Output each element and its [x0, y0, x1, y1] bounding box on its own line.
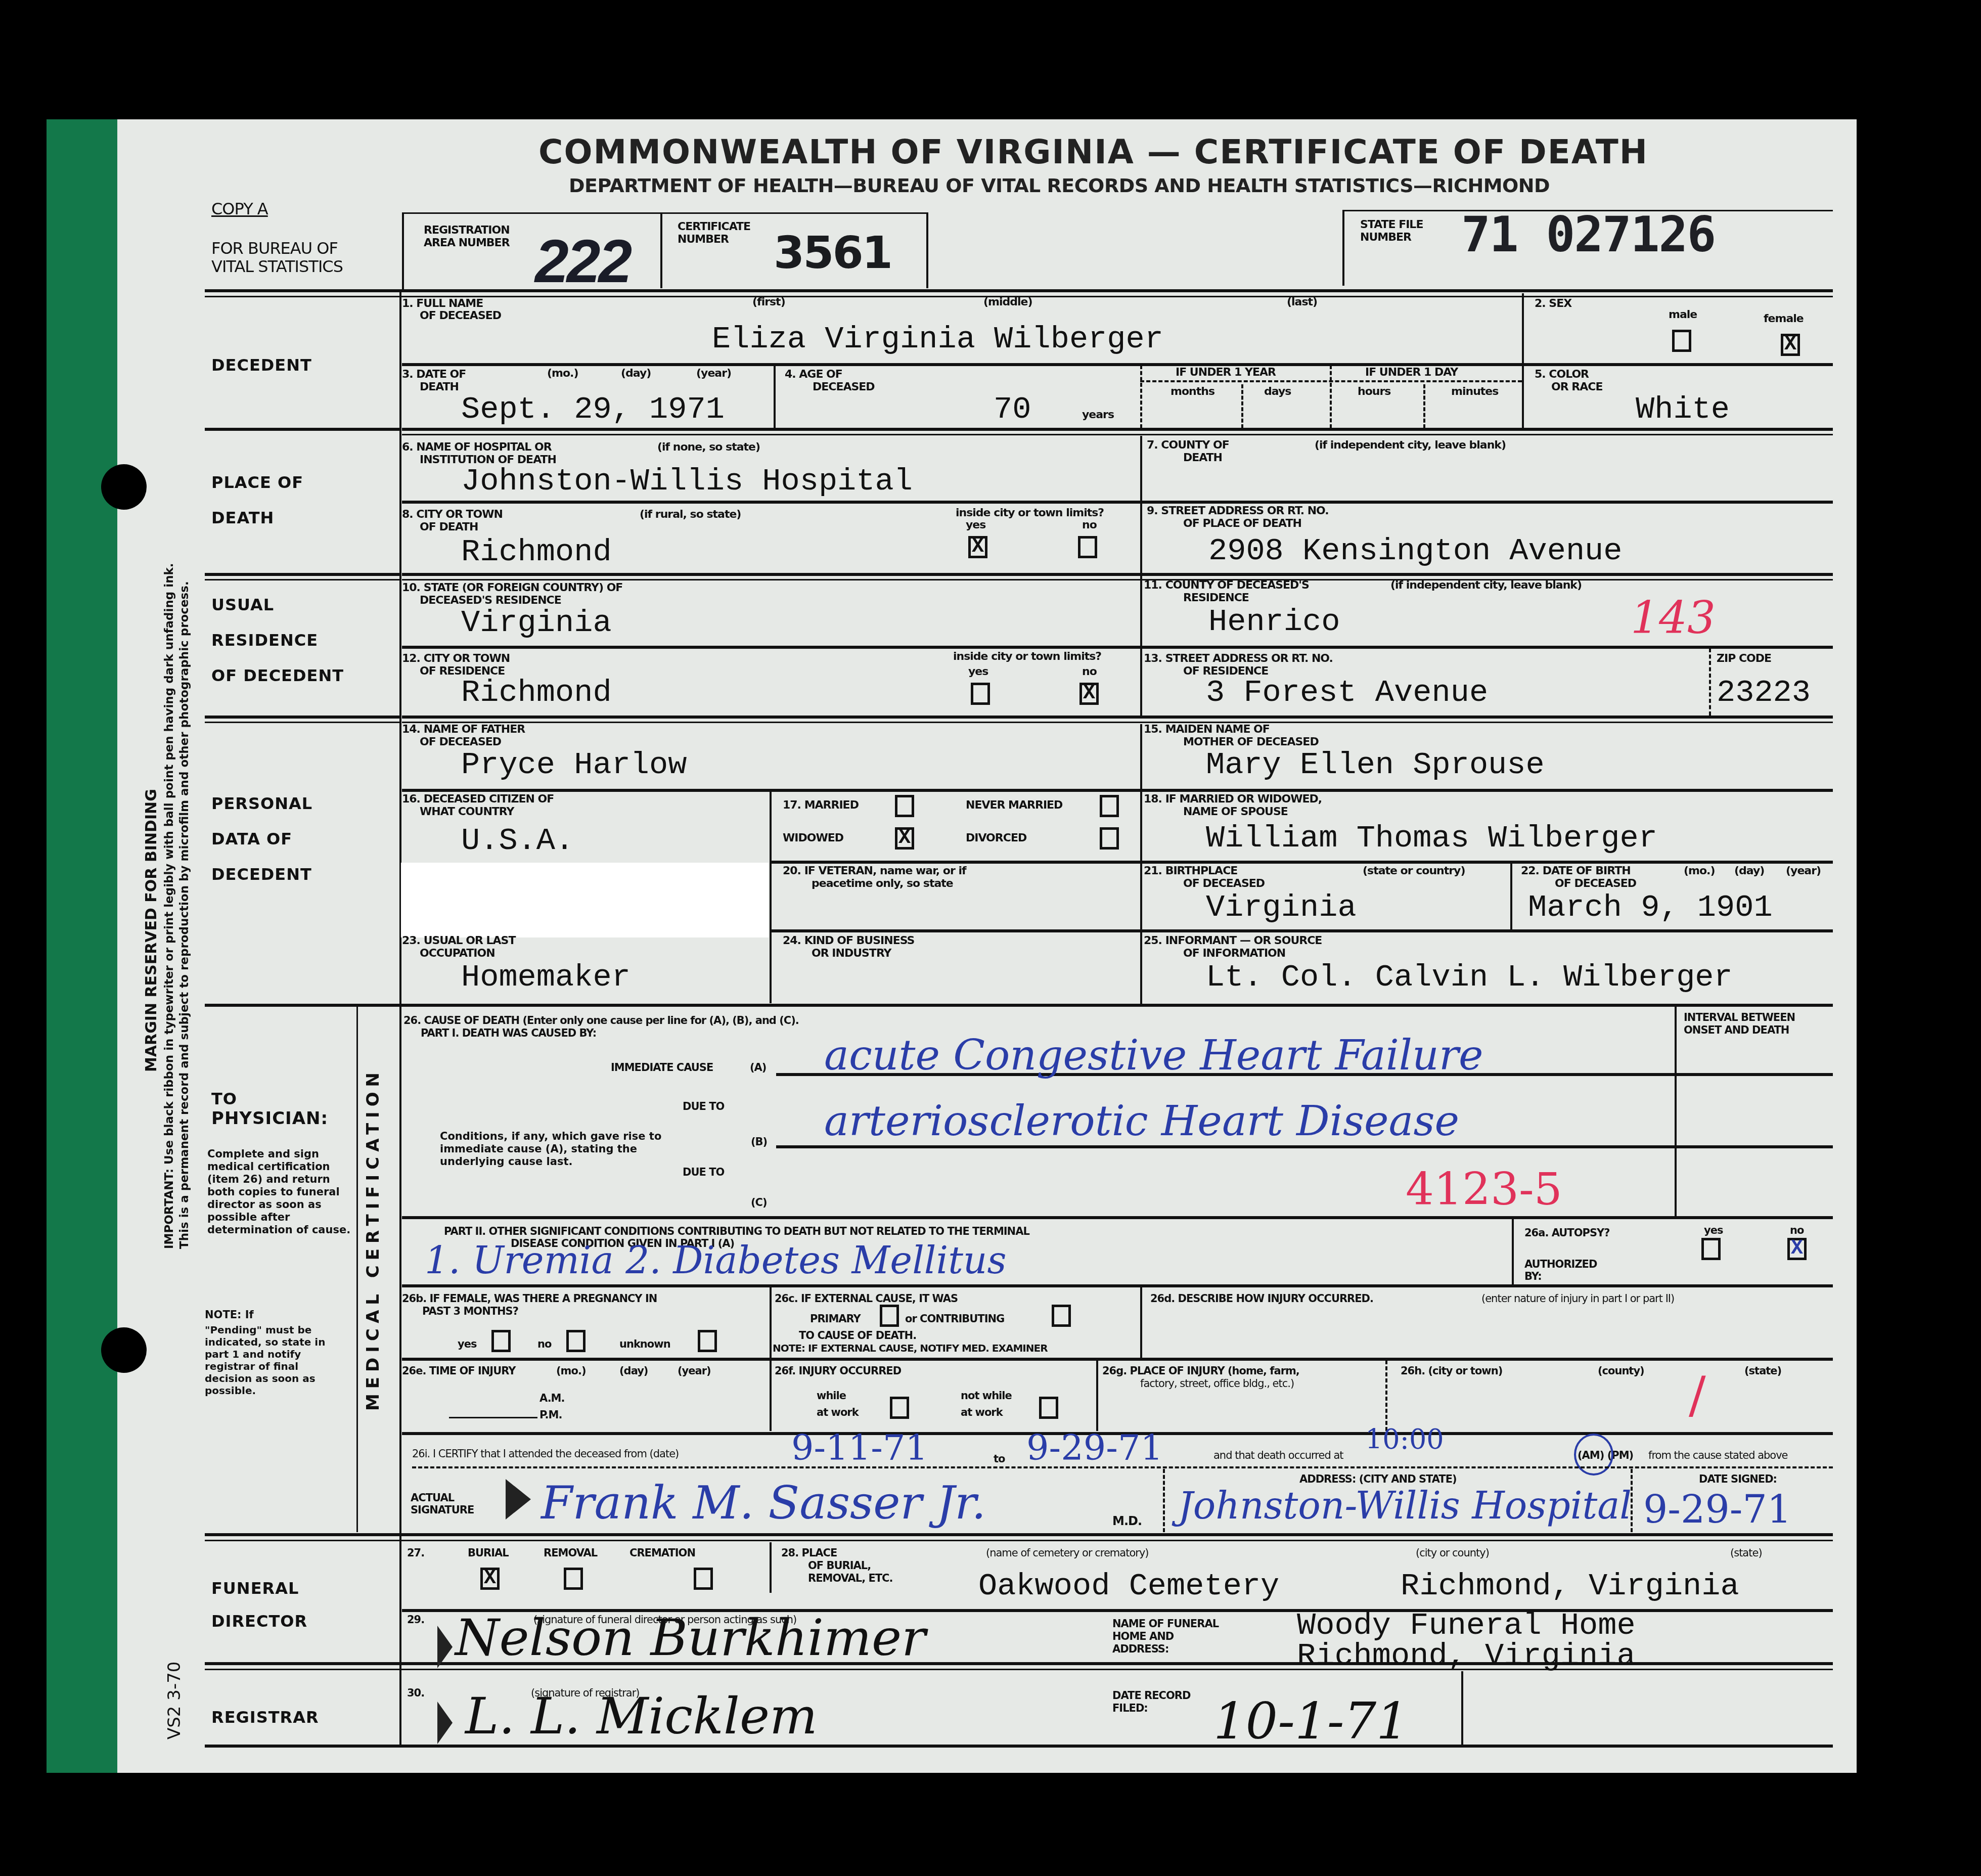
f26i-label: 26i. I CERTIFY that I attended the decea… — [412, 1447, 679, 1460]
zip-label: ZIP CODE — [1717, 652, 1771, 665]
section-decedent-2: DECEDENT — [211, 856, 312, 892]
date-signed-label: DATE SIGNED: — [1699, 1472, 1777, 1486]
interval-label: INTERVAL BETWEEN ONSET AND DEATH — [1684, 1011, 1830, 1037]
signature-arrow-icon — [506, 1479, 531, 1520]
f26d-label: 26d. DESCRIBE HOW INJURY OCCURRED. — [1150, 1292, 1373, 1305]
f11-label: RESIDENCE — [1183, 592, 1249, 605]
married-checkbox[interactable] — [895, 795, 914, 817]
rule — [205, 1004, 1833, 1007]
registration-area-label: REGISTRATION — [424, 224, 510, 237]
external-contributing-checkbox[interactable] — [1052, 1305, 1071, 1327]
divider — [1096, 1360, 1098, 1431]
f6-label: 6. NAME OF HOSPITAL OR — [402, 441, 552, 454]
other-conditions-value[interactable]: 1. Uremia 2. Diabetes Mellitus — [425, 1239, 1007, 1282]
divider — [402, 212, 404, 291]
divider — [1709, 648, 1711, 716]
f1-label: 1. FULL NAME — [402, 297, 483, 310]
residence-inside-limits-yes[interactable] — [971, 683, 990, 705]
not-while-at-work-checkbox[interactable] — [1039, 1397, 1058, 1419]
note-if: NOTE: If — [205, 1309, 254, 1321]
county-code-annotation: 143 — [1631, 592, 1716, 644]
authorized-by-label: AUTHORIZED BY: — [1524, 1258, 1590, 1282]
f26h-label: 26h. (city or town) — [1401, 1364, 1502, 1377]
f28-label: 28. PLACE — [781, 1546, 837, 1559]
f28-label: REMOVAL, ETC. — [808, 1572, 893, 1585]
city-of-death[interactable]: Richmond — [461, 534, 612, 570]
f24-label: 24. KIND OF BUSINESS — [783, 934, 914, 948]
a-label: (A) — [750, 1061, 766, 1074]
f8-limits-label: inside city or town limits? — [956, 507, 1104, 520]
important-note: IMPORTANT: Use black ribbon in typewrite… — [163, 563, 176, 1249]
f26b-label: PAST 3 MONTHS? — [422, 1305, 518, 1318]
first-hint: (first) — [752, 296, 785, 309]
rule — [402, 1216, 1833, 1219]
street-of-death[interactable]: 2908 Kensington Avenue — [1208, 533, 1623, 569]
burial-location[interactable]: Richmond, Virginia — [1401, 1569, 1739, 1604]
section-place-of: PLACE OF — [211, 464, 303, 501]
f26f-label: 26f. INJURY OCCURRED — [775, 1364, 901, 1377]
punch-hole — [101, 464, 147, 510]
copy-label: COPY A — [211, 201, 268, 216]
pregnancy-yes-label: yes — [458, 1337, 476, 1351]
burial-label: BURIAL — [468, 1546, 509, 1559]
f26b-label: 26b. IF FEMALE, WAS THERE A PREGNANCY IN — [402, 1292, 657, 1305]
male-label: male — [1669, 308, 1697, 322]
mo-hint: (mo.) — [1684, 865, 1715, 878]
f7-label: 7. COUNTY OF — [1147, 439, 1229, 452]
pregnancy-no-label: no — [537, 1337, 551, 1351]
year-hint: (year) — [696, 367, 731, 380]
divider — [1140, 365, 1142, 428]
widowed-label: WIDOWED — [783, 832, 843, 845]
immediate-cause-label: IMMEDIATE CAUSE — [611, 1061, 713, 1074]
rule — [205, 1745, 1833, 1748]
divider — [1140, 1287, 1142, 1358]
f18-label: 18. IF MARRIED OR WIDOWED, — [1144, 793, 1322, 806]
certificate-label: NUMBER — [678, 233, 729, 246]
rule — [402, 501, 1833, 504]
while-label: while — [817, 1389, 846, 1402]
f28-label: OF BURIAL, — [808, 1559, 871, 1572]
funeral-home-label: NAME OF FUNERAL — [1112, 1617, 1219, 1630]
box-top — [402, 212, 928, 214]
city-of-residence[interactable]: Richmond — [461, 675, 612, 710]
primary-label: PRIMARY — [810, 1312, 861, 1325]
part2-label: PART II. OTHER SIGNIFICANT CONDITIONS CO… — [444, 1225, 1029, 1238]
rule — [402, 1284, 1833, 1287]
minutes-label: minutes — [1451, 385, 1498, 398]
death-inside-limits-yes[interactable]: X — [968, 536, 987, 558]
rule — [770, 861, 1833, 864]
rule — [205, 716, 399, 719]
section-decedent: DECEDENT — [211, 347, 312, 383]
date-filed-label: DATE RECORD — [1112, 1689, 1190, 1702]
date-filed-label: FILED: — [1112, 1702, 1148, 1715]
pregnancy-yes-checkbox[interactable] — [491, 1330, 511, 1352]
divider — [774, 365, 776, 428]
divider — [1631, 1469, 1633, 1532]
autopsy-no-checkbox[interactable]: X — [1787, 1238, 1807, 1260]
f26-label: 26. CAUSE OF DEATH (Enter only one cause… — [403, 1014, 799, 1027]
divider — [1522, 293, 1524, 364]
certificate-label: CERTIFICATE — [678, 220, 750, 234]
birthplace[interactable]: Virginia — [1206, 890, 1357, 925]
autopsy-no-label: no — [1790, 1224, 1804, 1237]
f9-label: 9. STREET ADDRESS OR RT. NO. — [1147, 505, 1329, 518]
f21-label: OF DECEASED — [1183, 877, 1265, 890]
deceased-full-name[interactable]: Eliza Virginia Wilberger — [712, 322, 1163, 357]
rule — [402, 573, 1833, 576]
redacted-field — [401, 863, 769, 937]
registration-area-number: 222 — [535, 227, 630, 296]
f22-label: 22. DATE OF BIRTH — [1521, 865, 1631, 878]
pregnancy-unknown-checkbox[interactable] — [698, 1330, 717, 1352]
section-to: TO — [211, 1090, 237, 1108]
section-funeral: FUNERAL — [211, 1570, 299, 1606]
never-married-checkbox[interactable] — [1100, 795, 1119, 817]
time-of-injury-line — [449, 1417, 537, 1418]
physician-address[interactable]: Johnston-Willis Hospital — [1178, 1484, 1632, 1528]
binding-strip — [47, 119, 117, 1773]
female-label: female — [1764, 312, 1804, 326]
divider — [660, 212, 662, 288]
am-label: A.M. — [539, 1392, 565, 1405]
registrar-signature[interactable]: L. L. Micklem — [465, 1686, 818, 1746]
burial-place[interactable]: Oakwood Cemetery — [978, 1569, 1279, 1604]
for-bureau-label: FOR BUREAU OF — [211, 241, 338, 256]
date-of-death[interactable]: Sept. 29, 1971 — [461, 392, 725, 427]
f8-no-label: no — [1082, 519, 1097, 532]
external-primary-checkbox[interactable] — [880, 1305, 899, 1327]
under-day-label: IF UNDER 1 DAY — [1365, 366, 1458, 379]
f7-hint: (if independent city, leave blank) — [1315, 439, 1506, 452]
widowed-checkbox[interactable]: X — [895, 827, 914, 850]
underlying-cause-value[interactable]: arteriosclerotic Heart Disease — [824, 1097, 1459, 1145]
f24-label: OR INDUSTRY — [812, 947, 891, 960]
rule — [205, 428, 399, 431]
f18-label: NAME OF SPOUSE — [1183, 806, 1288, 819]
cemetery-hint: (name of cemetery or crematory) — [986, 1546, 1149, 1559]
rule — [402, 1358, 1833, 1361]
state-hint: (state) — [1730, 1546, 1762, 1559]
divider — [1461, 1671, 1463, 1745]
pregnancy-no-checkbox[interactable] — [566, 1330, 586, 1352]
f4-label: DECEASED — [813, 381, 875, 394]
rule — [770, 929, 1833, 932]
zip-code[interactable]: 23223 — [1717, 675, 1811, 710]
residence-inside-limits-no[interactable]: X — [1079, 683, 1099, 705]
mother-maiden-name[interactable]: Mary Ellen Sprouse — [1206, 747, 1545, 783]
b-label: (B) — [751, 1135, 767, 1148]
married-label: 17. MARRIED — [783, 799, 859, 812]
death-time[interactable]: 10:00 — [1365, 1423, 1444, 1455]
part1-label: PART I. DEATH WAS CAUSED BY: — [421, 1026, 596, 1040]
rule — [402, 363, 1833, 366]
day-hint: (day) — [619, 1364, 648, 1377]
divider — [1423, 384, 1425, 428]
due-to-label: DUE TO — [683, 1100, 724, 1113]
under-year-label: IF UNDER 1 YEAR — [1176, 366, 1276, 379]
funeral-director-signature[interactable]: Nelson Burkhimer — [455, 1608, 926, 1667]
f4-label: 4. AGE OF — [785, 368, 842, 381]
f7-label: DEATH — [1183, 452, 1222, 465]
divider — [770, 1360, 772, 1431]
years-unit: years — [1082, 409, 1114, 422]
last-hint: (last) — [1287, 296, 1317, 309]
immediate-cause-value[interactable]: acute Congestive Heart Failure — [824, 1032, 1483, 1080]
removal-label: REMOVAL — [544, 1546, 597, 1559]
rule — [402, 789, 1833, 792]
f16-label: 16. DECEASED CITIZEN OF — [402, 793, 554, 806]
divider — [926, 212, 928, 288]
informant[interactable]: Lt. Col. Calvin L. Wilberger — [1206, 960, 1733, 995]
death-occurred-label: and that death occurred at — [1213, 1449, 1343, 1462]
autopsy-yes-label: yes — [1704, 1224, 1723, 1237]
divider — [1675, 1006, 1677, 1219]
street-of-residence[interactable]: 3 Forest Avenue — [1206, 675, 1488, 710]
divider — [1342, 210, 1344, 286]
at-work-label: at work — [961, 1406, 1003, 1419]
f6-hint: (if none, so state) — [657, 441, 760, 454]
rule — [776, 1145, 1833, 1148]
autopsy-yes-checkbox[interactable] — [1701, 1238, 1721, 1260]
funeral-home-label: HOME AND — [1112, 1630, 1174, 1643]
medical-certification-label: MEDICAL CERTIFICATION — [363, 1067, 383, 1411]
occupation[interactable]: Homemaker — [461, 960, 631, 995]
section-registrar: REGISTRAR — [211, 1699, 319, 1735]
rule — [205, 1540, 1833, 1541]
year-hint: (year) — [678, 1364, 711, 1377]
rule — [402, 716, 1833, 719]
rule — [402, 434, 1833, 435]
f5-label: OR RACE — [1551, 381, 1602, 394]
not-while-label: not while — [961, 1389, 1012, 1402]
city-hint: (city or county) — [1416, 1546, 1489, 1559]
cremation-label: CREMATION — [629, 1546, 695, 1559]
state-file-number: 71 027126 — [1461, 206, 1715, 263]
f23-label: 23. USUAL OR LAST — [402, 934, 515, 948]
examiner-note: NOTE: IF EXTERNAL CAUSE, NOTIFY MED. EXA… — [773, 1342, 1048, 1355]
county-of-residence[interactable]: Henrico — [1208, 604, 1340, 640]
rule — [205, 289, 1833, 292]
f26g-label: factory, street, office bldg., etc.) — [1140, 1377, 1294, 1390]
f13-label: 13. STREET ADDRESS OR RT. NO. — [1144, 652, 1333, 665]
cremation-checkbox[interactable] — [694, 1568, 713, 1590]
from-cause-label: from the cause stated above — [1648, 1449, 1788, 1462]
spouse-name[interactable]: William Thomas Wilberger — [1206, 821, 1657, 856]
pending-note: "Pending" must be indicated, so state in… — [205, 1324, 346, 1397]
f23-label: OCCUPATION — [420, 947, 495, 960]
state-of-residence[interactable]: Virginia — [461, 605, 612, 641]
at-work-label: at work — [817, 1406, 859, 1419]
hours-label: hours — [1358, 385, 1390, 398]
f26g-label: 26g. PLACE OF INJURY (home, farm, — [1102, 1364, 1299, 1377]
date-of-birth[interactable]: March 9, 1901 — [1528, 890, 1773, 925]
vital-statistics-label: VITAL STATISTICS — [211, 259, 343, 274]
rule — [402, 646, 1833, 649]
f27-label: 27. — [407, 1546, 424, 1559]
signature-arrow-icon — [437, 1702, 453, 1744]
f8-yes-label: yes — [966, 519, 985, 532]
state-hint: (state) — [1744, 1364, 1781, 1377]
f3-label: DEATH — [420, 381, 459, 394]
f8-label: OF DEATH — [420, 521, 478, 534]
md-label: M.D. — [1112, 1514, 1142, 1528]
f26c-label: 26c. IF EXTERNAL CAUSE, IT WAS — [775, 1292, 958, 1305]
date-filed[interactable]: 10-1-71 — [1213, 1691, 1409, 1751]
f26d-hint: (enter nature of injury in part I or par… — [1481, 1292, 1674, 1305]
f21-hint: (state or country) — [1363, 865, 1465, 878]
divider — [770, 791, 772, 1003]
to-label: to — [994, 1452, 1005, 1465]
rule — [205, 573, 399, 576]
section-data-of: DATA OF — [211, 821, 292, 857]
signature-arrow-icon — [437, 1626, 453, 1668]
f14-label: 14. NAME OF FATHER — [402, 723, 525, 736]
f25-label: 25. INFORMANT — OR SOURCE — [1144, 934, 1322, 948]
f5-label: 5. COLOR — [1535, 368, 1589, 381]
binding-margin-label: MARGIN RESERVED FOR BINDING — [143, 789, 160, 1072]
removal-checkbox[interactable] — [564, 1568, 583, 1590]
months-label: months — [1170, 385, 1214, 398]
page-subtitle: DEPARTMENT OF HEALTH—BUREAU OF VITAL REC… — [569, 174, 1550, 197]
divider — [1140, 380, 1522, 382]
divider — [770, 1287, 772, 1358]
mo-hint: (mo.) — [556, 1364, 586, 1377]
hospital-name[interactable]: Johnston-Willis Hospital — [461, 464, 913, 499]
f12-no-label: no — [1082, 665, 1097, 679]
rule — [402, 579, 1833, 580]
pm-label: P.M. — [539, 1408, 562, 1421]
divider — [1241, 384, 1243, 428]
section-death: DEATH — [211, 500, 274, 536]
while-at-work-checkbox[interactable] — [890, 1397, 909, 1419]
divider — [412, 1466, 1833, 1468]
divider — [1385, 1360, 1387, 1431]
divider — [1140, 724, 1142, 1005]
f15-label: 15. MAIDEN NAME OF — [1144, 723, 1270, 736]
f12-yes-label: yes — [968, 665, 988, 679]
form-code: VS2 3-70 — [164, 1662, 185, 1739]
f3-label: 3. DATE OF — [402, 368, 466, 381]
father-name[interactable]: Pryce Harlow — [461, 747, 687, 783]
days-label: days — [1264, 385, 1291, 398]
cause-code-annotation: 4123-5 — [1406, 1163, 1562, 1215]
to-cause-label: TO CAUSE OF DEATH. — [799, 1329, 916, 1342]
divider — [1163, 1469, 1165, 1532]
page-title: COMMONWEALTH OF VIRGINIA — CERTIFICATE O… — [538, 132, 1648, 171]
f9-label: OF PLACE OF DEATH — [1183, 517, 1301, 530]
section-usual: USUAL — [211, 587, 274, 623]
funeral-home-address[interactable]: Richmond, Virginia — [1297, 1638, 1636, 1674]
state-file-label: STATE FILE — [1360, 218, 1423, 232]
f20-label: 20. IF VETERAN, name war, or if — [783, 865, 966, 878]
middle-hint: (middle) — [983, 296, 1032, 309]
f22-label: OF DECEASED — [1555, 877, 1636, 890]
f16-label: WHAT COUNTRY — [420, 806, 514, 819]
physician-signature[interactable]: Frank M. Sasser Jr. — [541, 1477, 986, 1530]
rule — [402, 722, 1833, 723]
f2-label: 2. SEX — [1535, 297, 1571, 310]
section-residence: RESIDENCE — [211, 622, 318, 658]
pregnancy-unknown-label: unknown — [619, 1337, 670, 1351]
f11-label: 11. COUNTY OF DECEASED'S — [1144, 579, 1309, 592]
f12-limits-label: inside city or town limits? — [953, 650, 1101, 663]
f26e-label: 26e. TIME OF INJURY — [402, 1364, 515, 1377]
due-to-label: DUE TO — [683, 1166, 724, 1179]
conditions-note: Conditions, if any, which gave rise to i… — [440, 1130, 683, 1168]
certificate-number: 3561 — [774, 227, 891, 279]
f20-label: peacetime only, so state — [812, 877, 953, 890]
f1-label: OF DECEASED — [420, 309, 501, 323]
column-divider — [399, 289, 401, 1746]
sex-male-checkbox[interactable] — [1672, 330, 1691, 352]
f11-hint: (if independent city, leave blank) — [1390, 579, 1582, 592]
c-label: (C) — [751, 1196, 767, 1209]
divider — [770, 1542, 772, 1593]
rule — [205, 579, 399, 580]
f21-label: 21. BIRTHPLACE — [1144, 865, 1237, 878]
rule — [402, 428, 1833, 431]
divider — [1330, 365, 1332, 428]
section-director: DIRECTOR — [211, 1603, 307, 1639]
never-married-label: NEVER MARRIED — [966, 799, 1062, 812]
attended-from-date[interactable]: 9-11-71 — [791, 1427, 928, 1468]
age-of-deceased[interactable]: 70 — [994, 392, 1031, 427]
section-personal: PERSONAL — [211, 785, 312, 822]
day-hint: (day) — [1734, 865, 1764, 878]
divorced-checkbox[interactable] — [1100, 827, 1119, 850]
sex-female-checkbox[interactable]: X — [1781, 334, 1800, 356]
day-hint: (day) — [621, 367, 651, 380]
punch-hole — [101, 1327, 147, 1373]
attended-to-date[interactable]: 9-29-71 — [1026, 1427, 1163, 1468]
contributing-label: or CONTRIBUTING — [905, 1312, 1004, 1325]
county-hint: (county) — [1598, 1364, 1644, 1377]
death-inside-limits-no[interactable] — [1078, 536, 1097, 558]
f29-label: 29. — [407, 1613, 424, 1626]
rule — [205, 722, 399, 723]
permanent-record-note: This is a permanent record and subject t… — [178, 581, 191, 1249]
red-tick-mark: / — [1689, 1365, 1706, 1424]
divider — [1510, 863, 1512, 931]
burial-checkbox[interactable]: X — [480, 1568, 500, 1590]
f30-label: 30. — [407, 1686, 424, 1700]
rule — [205, 1533, 1833, 1536]
section-of-decedent: OF DECEDENT — [211, 657, 344, 694]
citizen-country[interactable]: U.S.A. — [461, 823, 574, 859]
physician-instructions: Complete and sign medical certification … — [207, 1148, 354, 1236]
f12-label: 12. CITY OR TOWN — [402, 652, 510, 665]
state-file-label: NUMBER — [1360, 231, 1411, 244]
f10-label: 10. STATE (OR FOREIGN COUNTRY) OF — [402, 582, 622, 595]
date-signed[interactable]: 9-29-71 — [1643, 1487, 1791, 1532]
mo-hint: (mo.) — [547, 367, 578, 380]
actual-signature-label: ACTUAL SIGNATURE — [411, 1492, 466, 1516]
funeral-home-label: ADDRESS: — [1112, 1642, 1168, 1656]
medical-divider — [356, 1006, 358, 1532]
divider — [1512, 1219, 1514, 1284]
registration-area-label: AREA NUMBER — [424, 237, 510, 250]
divorced-label: DIVORCED — [966, 832, 1026, 845]
f8-hint: (if rural, so state) — [640, 508, 741, 521]
color-or-race[interactable]: White — [1636, 392, 1730, 427]
f25-label: OF INFORMATION — [1183, 947, 1285, 960]
f8-label: 8. CITY OR TOWN — [402, 508, 503, 521]
year-hint: (year) — [1786, 865, 1821, 878]
divider — [1522, 365, 1524, 428]
am-circled — [1574, 1434, 1613, 1476]
